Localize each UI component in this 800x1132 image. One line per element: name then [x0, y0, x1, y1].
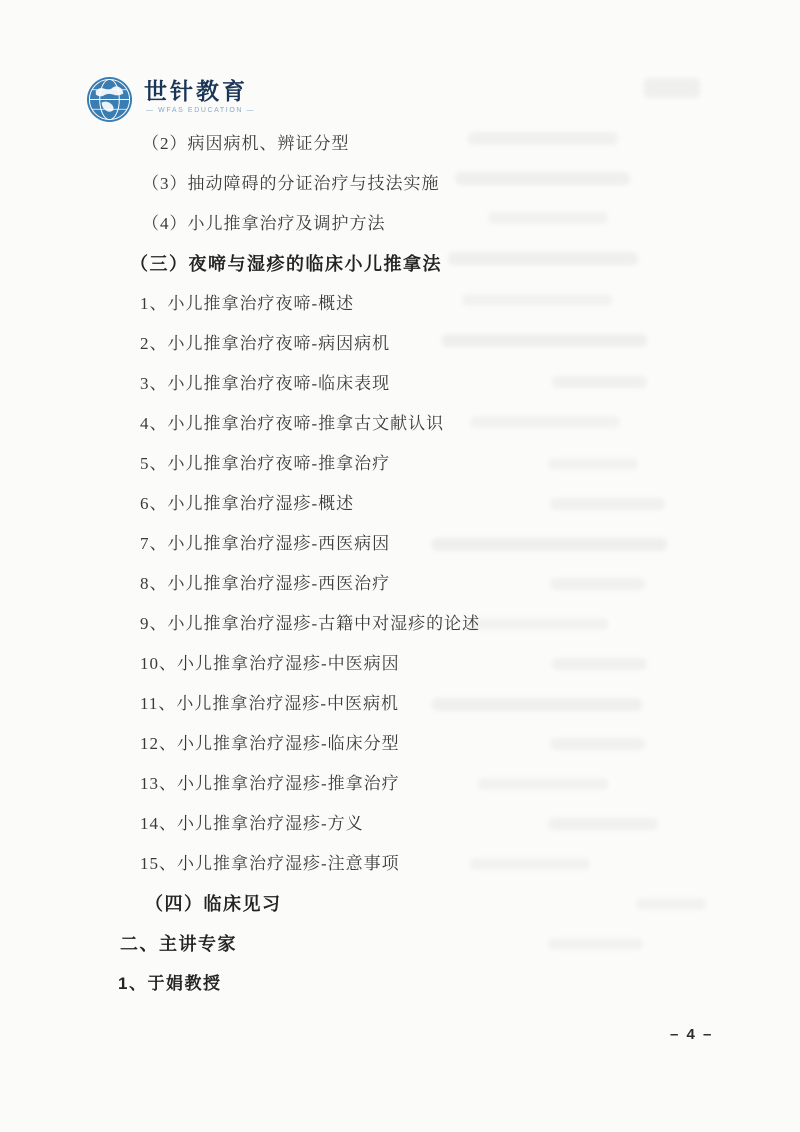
document-line: 14、小儿推拿治疗湿疹-方义 — [140, 804, 800, 844]
document-line: 2、小儿推拿治疗夜啼-病因病机 — [140, 324, 800, 364]
logo-subtitle: — WFAS EDUCATION — — [146, 107, 255, 114]
document-line: 1、小儿推拿治疗夜啼-概述 — [140, 284, 800, 324]
document-page: 世针教育 — WFAS EDUCATION — （2）病因病机、辨证分型（3）抽… — [0, 0, 800, 1132]
document-line: （3）抽动障碍的分证治疗与技法实施 — [142, 164, 800, 204]
document-line: 二、主讲专家 — [120, 924, 800, 964]
document-line: 1、于娟教授 — [118, 964, 800, 1004]
document-line: 13、小儿推拿治疗湿疹-推拿治疗 — [140, 764, 800, 804]
document-line: （4）小儿推拿治疗及调护方法 — [142, 204, 800, 244]
document-line: 11、小儿推拿治疗湿疹-中医病机 — [140, 684, 800, 724]
document-line: 15、小儿推拿治疗湿疹-注意事项 — [140, 844, 800, 884]
logo-brand: 世针教育 — [144, 80, 255, 103]
document-line: （2）病因病机、辨证分型 — [142, 124, 800, 164]
document-line: 5、小儿推拿治疗夜啼-推拿治疗 — [140, 444, 800, 484]
document-line: 10、小儿推拿治疗湿疹-中医病因 — [140, 644, 800, 684]
page-number: – 4 – — [670, 1026, 713, 1043]
document-line: 12、小儿推拿治疗湿疹-临床分型 — [140, 724, 800, 764]
document-line: 3、小儿推拿治疗夜啼-临床表现 — [140, 364, 800, 404]
document-line: 9、小儿推拿治疗湿疹-古籍中对湿疹的论述 — [140, 604, 800, 644]
document-line: （四）临床见习 — [145, 884, 800, 924]
document-line: 6、小儿推拿治疗湿疹-概述 — [140, 484, 800, 524]
globe-icon — [86, 76, 133, 123]
document-body: （2）病因病机、辨证分型（3）抽动障碍的分证治疗与技法实施（4）小儿推拿治疗及调… — [0, 124, 800, 1004]
scan-smudge — [644, 78, 700, 98]
document-line: 7、小儿推拿治疗湿疹-西医病因 — [140, 524, 800, 564]
document-line: （三）夜啼与湿疹的临床小儿推拿法 — [130, 244, 800, 284]
document-line: 8、小儿推拿治疗湿疹-西医治疗 — [140, 564, 800, 604]
logo: 世针教育 — WFAS EDUCATION — — [86, 76, 255, 123]
document-line: 4、小儿推拿治疗夜啼-推拿古文献认识 — [140, 404, 800, 444]
